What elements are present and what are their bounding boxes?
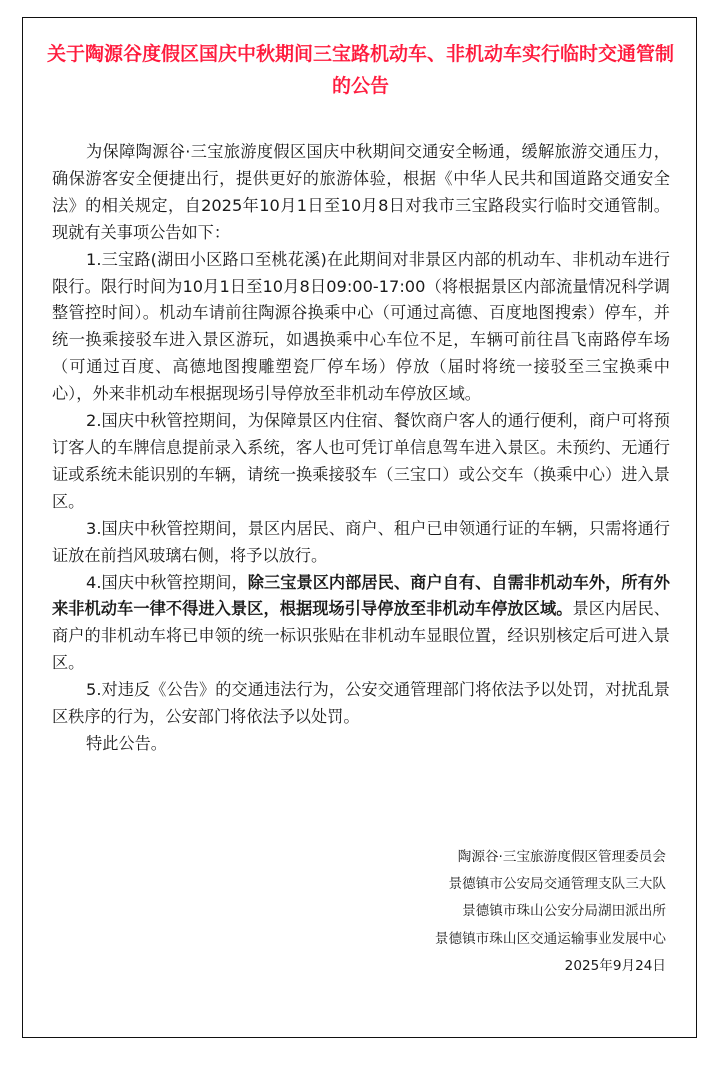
issue-date: 2025年9月24日 bbox=[435, 953, 666, 980]
closing-line: 特此公告。 bbox=[52, 731, 670, 758]
notice-title: 关于陶源谷度假区国庆中秋期间三宝路机动车、非机动车实行临时交通管制的公告 bbox=[40, 38, 681, 102]
signatory-4: 景德镇市珠山区交通运输事业发展中心 bbox=[435, 926, 666, 953]
signatory-2: 景德镇市公安局交通管理支队三大队 bbox=[435, 871, 666, 898]
item-4-prefix: 4.国庆中秋管控期间， bbox=[86, 573, 248, 592]
item-2-paragraph: 2.国庆中秋管控期间，为保障景区内住宿、餐饮商户客人的通行便利，商户可将预订客人… bbox=[52, 408, 670, 516]
item-3-paragraph: 3.国庆中秋管控期间，景区内居民、商户、租户已申领通行证的车辆，只需将通行证放在… bbox=[52, 516, 670, 570]
signatory-3: 景德镇市珠山公安分局湖田派出所 bbox=[435, 898, 666, 925]
item-5-paragraph: 5.对违反《公告》的交通违法行为，公安交通管理部门将依法予以处罚，对扰乱景区秩序… bbox=[52, 677, 670, 731]
notice-body: 为保障陶源谷·三宝旅游度假区国庆中秋期间交通安全畅通，缓解旅游交通压力，确保游客… bbox=[52, 139, 670, 758]
intro-paragraph: 为保障陶源谷·三宝旅游度假区国庆中秋期间交通安全畅通，缓解旅游交通压力，确保游客… bbox=[52, 139, 670, 247]
signatory-1: 陶源谷·三宝旅游度假区管理委员会 bbox=[435, 844, 666, 871]
signature-block: 陶源谷·三宝旅游度假区管理委员会 景德镇市公安局交通管理支队三大队 景德镇市珠山… bbox=[435, 844, 666, 980]
item-1-paragraph: 1.三宝路(湖田小区路口至桃花溪)在此期间对非景区内部的机动车、非机动车进行限行… bbox=[52, 247, 670, 408]
item-4-paragraph: 4.国庆中秋管控期间，除三宝景区内部居民、商户自有、自需非机动车外，所有外来非机… bbox=[52, 570, 670, 678]
